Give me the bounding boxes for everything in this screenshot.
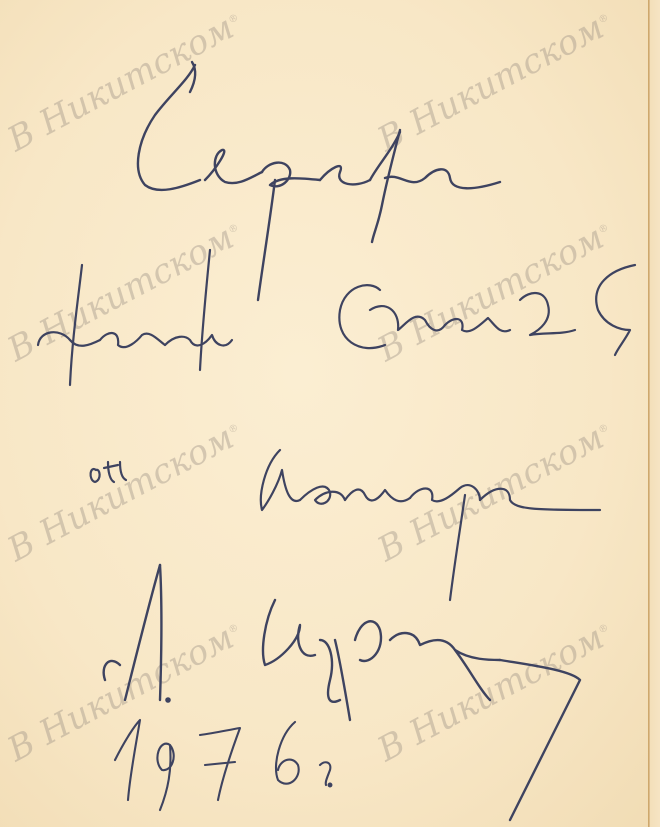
signature — [104, 565, 580, 820]
line-ot-avtora — [91, 450, 600, 600]
date — [115, 720, 331, 810]
line-sereshe — [138, 62, 500, 300]
handwriting — [0, 0, 660, 827]
inscription-page: В Никитском® В Никитском® В Никитском® В… — [0, 0, 660, 827]
line-zhelayu-schastya — [38, 250, 635, 385]
